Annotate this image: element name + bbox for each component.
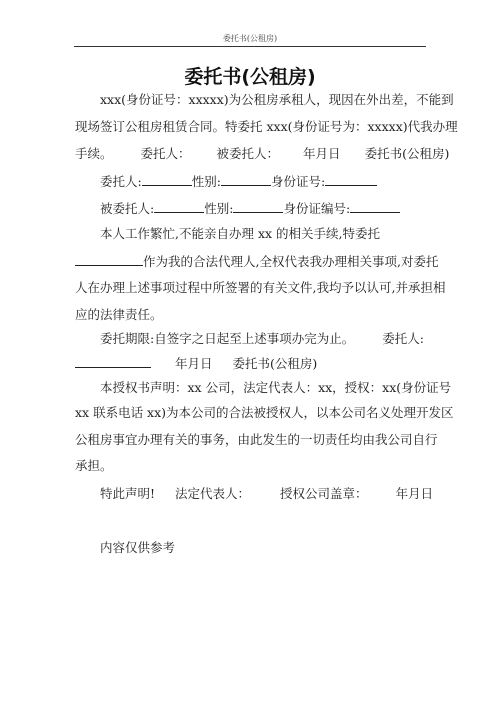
para2-line1: 本人工作繁忙,不能亲自办理 xx 的相关手续,特委托 <box>100 226 460 242</box>
para3-line1: 委托期限:自签字之日起至上述事项办完为止。委托人: <box>100 331 460 347</box>
para1-line3-part5: 委托书(公租房) <box>365 146 450 161</box>
footer-note: 内容仅供参考 <box>100 540 460 556</box>
para1-line3-part2: 委托人： <box>141 146 191 161</box>
para4-line1: 本授权书声明：xx 公司，法定代表人：xx，授权：xx(身份证号 <box>100 380 460 396</box>
agent-id-label: 身份证编号: <box>283 201 350 216</box>
appointee-blank[interactable] <box>75 253 143 266</box>
para1-line3-part3: 被委托人： <box>217 146 280 161</box>
agent-form-line: 被委托人:性别:身份证编号: <box>100 200 460 217</box>
term-principal-label: 委托人: <box>382 331 424 346</box>
para1-line3-part1: 手续。 <box>75 146 113 161</box>
para4-line4: 承担。 <box>75 458 435 474</box>
running-header: 委托书(公租房) <box>74 33 426 44</box>
principal-id-label: 身份证号: <box>271 174 325 189</box>
para2-line2-wrap: 作为我的合法代理人,全权代表我办理相关事项,对委托 <box>75 253 435 270</box>
closing-line: 特此声明!法定代表人：授权公司盖章：年月日 <box>100 486 460 502</box>
para2-line2: 作为我的合法代理人,全权代表我办理相关事项,对委托 <box>143 254 438 269</box>
agent-label: 被委托人: <box>100 201 154 216</box>
principal-id-blank[interactable] <box>325 173 377 186</box>
principal-name-blank[interactable] <box>142 173 192 186</box>
declaration: 特此声明! <box>100 486 155 501</box>
principal-label: 委托人: <box>100 174 142 189</box>
para4-line2: xx 联系电话 xx)为本公司的合法被授权人，以本公司名义处理开发区 <box>75 405 435 421</box>
principal-form-line: 委托人:性别:身份证号: <box>100 173 460 190</box>
para2-line4: 应的法律责任。 <box>75 307 435 323</box>
principal-gender-blank[interactable] <box>221 173 271 186</box>
term-date: 年月日 <box>175 356 213 371</box>
principal-gender-label: 性别: <box>192 174 221 189</box>
para4-line3: 公租房事宜办理有关的事务，由此发生的一切责任均由我公司自行 <box>75 432 435 448</box>
company-seal-label: 授权公司盖章： <box>280 486 368 501</box>
agent-name-blank[interactable] <box>154 200 204 213</box>
agent-gender-blank[interactable] <box>233 200 283 213</box>
para3-line2: 年月日委托书(公租房) <box>75 355 435 372</box>
document-page: 委托书(公租房) 委托书(公租房) xxx(身份证号：xxxxx)为公租房承租人… <box>0 0 500 708</box>
legal-rep-label: 法定代表人： <box>175 486 250 501</box>
agent-id-blank[interactable] <box>350 200 400 213</box>
para1-line2: 现场签订公租房租赁合同。特委托 xxx(身份证号为：xxxxx)代我办理 <box>75 119 435 135</box>
para2-line3: 人在办理上述事项过程中所签署的有关文件,我均予以认可,并承担相 <box>75 280 435 296</box>
document-title: 委托书(公租房) <box>0 62 500 89</box>
closing-date: 年月日 <box>396 486 434 501</box>
para1-line1: xxx(身份证号：xxxxx)为公租房承租人，现因在外出差，不能到 <box>100 92 460 108</box>
term-doc-title: 委托书(公租房) <box>233 356 318 371</box>
header-divider <box>74 46 426 47</box>
para1-line3: 手续。委托人：被委托人：年月日委托书(公租房) <box>75 146 435 162</box>
para1-line3-part4: 年月日 <box>303 146 341 161</box>
agent-gender-label: 性别: <box>204 201 233 216</box>
principal-signature-blank[interactable] <box>75 355 151 368</box>
term-text: 委托期限:自签字之日起至上述事项办完为止。 <box>100 331 354 346</box>
